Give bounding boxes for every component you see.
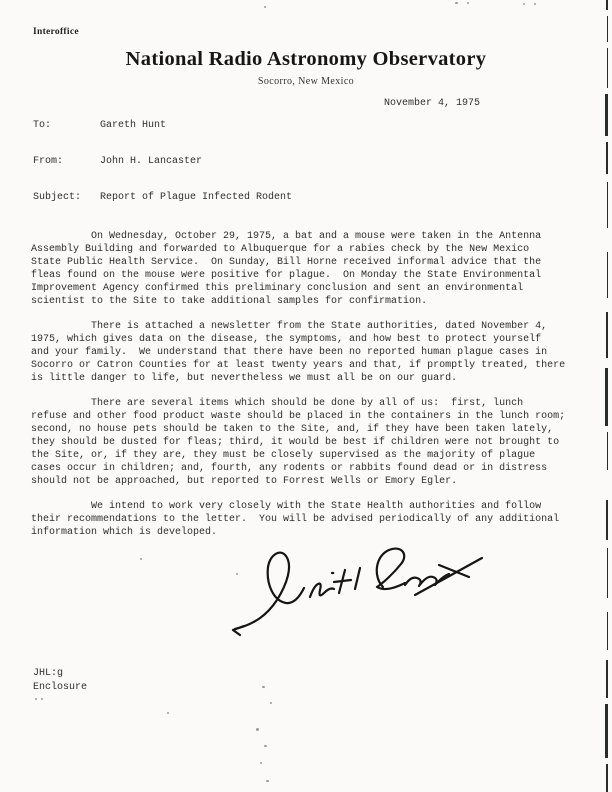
paragraph-2: There is attached a newsletter from the …: [31, 320, 593, 385]
from-label: From:: [33, 156, 100, 167]
to-row: To: Gareth Hunt: [33, 120, 292, 131]
to-label: To:: [33, 120, 100, 131]
handwritten-signature: [225, 536, 490, 641]
interoffice-label: Interoffice: [33, 27, 79, 37]
enclosure-note: Enclosure: [33, 681, 87, 695]
to-value: Gareth Hunt: [100, 120, 166, 131]
paragraph-3: There are several items which should be …: [31, 397, 593, 488]
paragraph-1: On Wednesday, October 29, 1975, a bat an…: [31, 230, 593, 308]
letterhead-location: Socorro, New Mexico: [0, 76, 612, 87]
memo-page: Interoffice National Radio Astronomy Obs…: [0, 0, 612, 792]
typist-initials: JHL:g: [33, 667, 87, 681]
paragraph-4: We intend to work very closely with the …: [31, 500, 593, 539]
subject-row: Subject: Report of Plague Infected Roden…: [33, 192, 292, 203]
memo-footer: JHL:g Enclosure: [33, 667, 87, 694]
letterhead-title: National Radio Astronomy Observatory: [0, 48, 612, 71]
from-row: From: John H. Lancaster: [33, 156, 292, 167]
memo-date: November 4, 1975: [384, 98, 480, 109]
memo-body: On Wednesday, October 29, 1975, a bat an…: [31, 230, 593, 551]
from-value: John H. Lancaster: [100, 156, 202, 167]
subject-label: Subject:: [33, 192, 100, 203]
subject-value: Report of Plague Infected Rodent: [100, 192, 292, 203]
memo-header-fields: To: Gareth Hunt From: John H. Lancaster …: [33, 120, 292, 228]
